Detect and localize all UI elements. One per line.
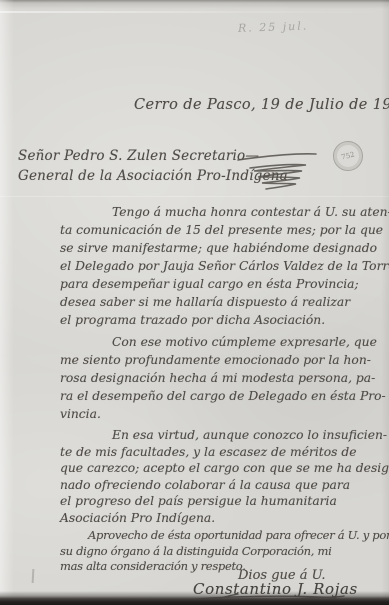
letter-line: Con ese motivo cúmpleme expresarle, que [60, 333, 388, 351]
letter-line: mas alta consideración y respeto. [60, 559, 388, 575]
stamp-number: 752 [341, 151, 356, 162]
letter-body: Tengo á mucha honra contestar á U. su at… [60, 203, 388, 575]
letter-line: Tengo á mucha honra contestar á U. su at… [60, 203, 388, 221]
letter-date: Cerro de Pasco, 19 de Julio de 1911. [134, 97, 389, 113]
letter-line: que carezco; acepto el cargo con que se … [60, 460, 388, 477]
pencil-annotation: R. 25 jul. [238, 18, 348, 35]
paper-edge [0, 0, 14, 605]
letter-line: el programa trazado por dicha Asociación… [60, 311, 388, 329]
scanned-letter-page: R. 25 jul. 752 Cerro de Pasco, 19 de Jul… [0, 0, 389, 605]
paper-crease [0, 196, 389, 197]
postal-stamp: 752 [330, 138, 366, 174]
letter-line: se sirve manifestarme; que habiéndome de… [60, 239, 388, 257]
letter-line: vincia. [60, 405, 388, 423]
letter-line: ta comunicación de 15 del presente mes; … [60, 221, 388, 239]
letter-line: el progreso del país persigue la humanit… [60, 493, 388, 510]
letter-line: Asociación Pro Indígena. [60, 510, 388, 527]
pencil-mark [32, 569, 35, 583]
letter-line: el Delegado por Jauja Señor Cárlos Valde… [60, 257, 388, 275]
scan-bottom-edge [0, 591, 389, 605]
letter-line: me siento profundamente emocionado por l… [60, 351, 388, 369]
letter-line: su digno órgano á la distinguida Corpora… [60, 544, 388, 560]
letter-line: te de mis facultades, y la escasez de mé… [60, 444, 388, 461]
letter-line: desea saber si me hallaría dispuesto á r… [60, 293, 388, 311]
ink-flourish-scribble [236, 150, 320, 198]
paragraph: Tengo á mucha honra contestar á U. su at… [60, 203, 388, 329]
letter-line: para desempeñar igual cargo en ésta Prov… [60, 275, 388, 293]
paragraph: En esa virtud, aunque conozco lo insufic… [60, 427, 388, 526]
letter-line: nado ofreciendo colaborar á la causa que… [60, 477, 388, 494]
paragraph: Con ese motivo cúmpleme expresarle, quem… [60, 333, 388, 423]
letter-line: En esa virtud, aunque conozco lo insufic… [60, 427, 388, 444]
letter-line: ra el desempeño del cargo de Delegado en… [60, 387, 388, 405]
letter-line: Aprovecho de ésta oportunidad para ofrec… [60, 528, 388, 544]
letter-line: rosa designación hecha á mi modesta pers… [60, 369, 388, 387]
paragraph: Aprovecho de ésta oportunidad para ofrec… [60, 528, 388, 575]
paper-crease [0, 11, 389, 13]
